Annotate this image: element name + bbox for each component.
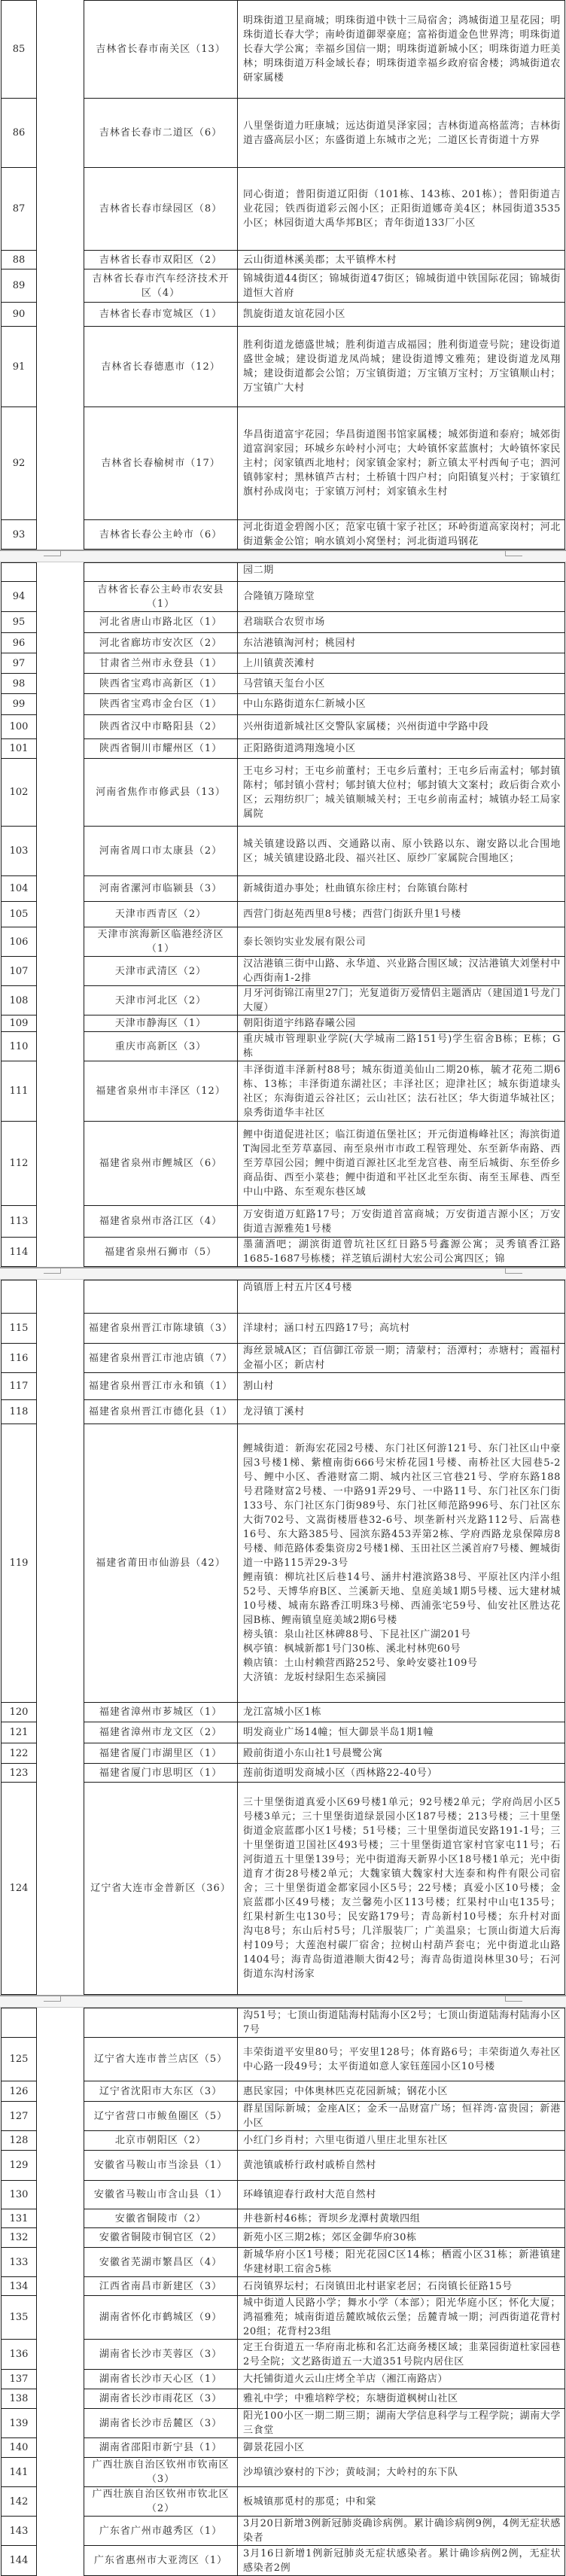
row-number: 125 — [2, 2038, 37, 2081]
table-row: 90吉林省长春市宽城区（1）凯旋街道友谊花园小区 — [2, 303, 565, 327]
detail-cell: 月牙河街锦江南里27门；光复道街万爱情侣主题酒店（建国道1号龙门大厦） — [238, 986, 565, 1015]
category-cell — [37, 876, 84, 902]
row-number: 116 — [2, 1344, 37, 1373]
detail-cell: 丰荣街道平安里80号；平安里128号；体育路6号；丰荣街道久寿社区中心路一段49… — [238, 2038, 565, 2081]
page-break — [0, 550, 566, 562]
category-cell — [37, 1061, 84, 1122]
table-row: 130安徽省马鞍山市含山县（1）环峰镇迎春行政村大范自然村 — [2, 2181, 565, 2209]
region-cell: 吉林省长春市汽车经济技术开区（4） — [84, 269, 238, 303]
region-cell: 福建省泉州市洛江区（4） — [84, 1206, 238, 1238]
table-row: 142广西壮族自治区钦州市钦北区（2）板城镇那觅村的那觅；中和棠 — [2, 2487, 565, 2517]
row-number: 134 — [2, 2277, 37, 2296]
detail-cell: 锦城街道44街区；锦城街道47街区；锦城街道中铁国际花园；锦城街道恒大首府 — [238, 269, 565, 303]
region-cell: 吉林省长春市双阳区（2） — [84, 251, 238, 269]
detail-paragraph: 榜头镇：泉山社区林碑88号、下昆社区广湖201号 — [243, 1628, 561, 1642]
row-number: 98 — [2, 674, 37, 694]
region-cell: 吉林省长春市绿园区（8） — [84, 168, 238, 251]
detail-cell: 君瑞联合农贸市场 — [238, 612, 565, 633]
region-cell: 辽宁省沈阳市大东区（3） — [84, 2081, 238, 2102]
category-cell — [37, 1238, 84, 1267]
row-number: 140 — [2, 2438, 37, 2458]
category-cell — [37, 2248, 84, 2277]
table-row: 129安徽省马鞍山市当涂县（1）黄池镇戚桥行政村戚桥自然村 — [2, 2151, 565, 2181]
region-cell: 辽宁省大连市金普新区（36） — [84, 1783, 238, 1995]
detail-cell: 御景花园小区 — [238, 2438, 565, 2458]
row-number: 133 — [2, 2248, 37, 2277]
detail-cell: 正阳路街道鸿翔逸境小区 — [238, 739, 565, 759]
region-cell: 吉林省长春榆树市（17） — [84, 407, 238, 520]
row-number — [2, 1280, 37, 1314]
category-cell — [37, 327, 84, 407]
category-cell — [37, 2487, 84, 2517]
detail-cell: 殿前街道小东山社1号晨鹭公寓 — [238, 1743, 565, 1764]
row-number: 141 — [2, 2458, 37, 2487]
region-cell: 吉林省长春公主岭市农安县（1） — [84, 582, 238, 612]
category-cell — [37, 2181, 84, 2209]
category-cell — [37, 2209, 84, 2228]
region-cell: 广东省惠州市大亚湾区（1） — [84, 2546, 238, 2576]
region-cell: 广西壮族自治区钦州市钦北区（2） — [84, 2487, 238, 2517]
region-cell: 安徽省马鞍山市当涂县（1） — [84, 2151, 238, 2181]
detail-cell: 河北街道金碧阁小区；范家屯镇十家子社区；环岭街道高家岗村；河北街道紫金公馆；响水… — [238, 520, 565, 550]
detail-cell: 万安街道万虹路17号；万安街道首富商城；万安街道吉源小区；万安街道吉源雅苑1号楼 — [238, 1206, 565, 1238]
region-cell: 陕西省宝鸡市高新区（1） — [84, 674, 238, 694]
category-cell — [37, 2277, 84, 2296]
row-number: 115 — [2, 1314, 37, 1344]
category-cell — [37, 827, 84, 876]
detail-cell: 汉沽港镇三街中山路、永华道、兴业路合围区域；汉沽港镇大刘堡村中心西街南1-2排 — [238, 957, 565, 986]
region-cell: 福建省泉州石狮市（5） — [84, 1238, 238, 1267]
category-cell — [37, 2081, 84, 2102]
row-number: 132 — [2, 2228, 37, 2248]
detail-cell: 3月20日新增3例新冠肺炎确诊病例。累计确诊病例9例，4例无症状感染者 — [238, 2517, 565, 2546]
row-number: 107 — [2, 957, 37, 986]
region-cell: 湖南省长沙市芙蓉区（3） — [84, 2340, 238, 2370]
table-row: 127辽宁省营口市鲅鱼圈区（5）群星国际新城；金座A区；金禾一品财富广场；恒祥湾… — [2, 2102, 565, 2131]
detail-cell: 重庆城市管理职业学院(大学城南二路151号)学生宿舍B栋；E栋；G栋 — [238, 1032, 565, 1061]
region-cell: 福建省漳州市龙文区（2） — [84, 1722, 238, 1743]
row-number: 136 — [2, 2340, 37, 2370]
row-number: 94 — [2, 582, 37, 612]
row-number: 130 — [2, 2181, 37, 2209]
category-cell — [37, 407, 84, 520]
region-cell: 湖南省怀化市鹤城区（9） — [84, 2296, 238, 2340]
page-break — [0, 1267, 566, 1280]
row-number: 109 — [2, 1015, 37, 1032]
region-cell: 安徽省马鞍山市含山县（1） — [84, 2181, 238, 2209]
row-number: 85 — [2, 1, 37, 99]
region-cell: 福建省泉州市丰泽区（12） — [84, 1061, 238, 1122]
detail-cell: 环峰镇迎春行政村大范自然村 — [238, 2181, 565, 2209]
detail-cell: 园二期 — [238, 563, 565, 582]
category-cell — [37, 1032, 84, 1061]
row-number: 128 — [2, 2131, 37, 2151]
detail-cell: 朝阳街道宇纬路春曦公园 — [238, 1015, 565, 1032]
row-number: 102 — [2, 759, 37, 827]
category-cell — [37, 957, 84, 986]
row-number: 97 — [2, 653, 37, 674]
row-number: 137 — [2, 2370, 37, 2389]
category-cell — [37, 715, 84, 739]
category-cell — [37, 2389, 84, 2409]
row-number: 95 — [2, 612, 37, 633]
row-number: 117 — [2, 1373, 37, 1400]
row-number: 126 — [2, 2081, 37, 2102]
category-cell — [37, 1722, 84, 1743]
region-cell: 湖南省长沙市岳麓区（3） — [84, 2409, 238, 2438]
region-cell — [84, 1280, 238, 1314]
row-number: 100 — [2, 715, 37, 739]
table-row: 103河南省周口市太康县（2）城关镇建设路以西、交通路以南、原小铁路以东、谢安路… — [2, 827, 565, 876]
detail-cell: 石岗镇界坛村；石岗镇田北村谌家老居；石岗镇长征路15号 — [238, 2277, 565, 2296]
page-2: 园二期94吉林省长春公主岭市农安县（1）合隆镇万隆琼堂95河北省唐山市路北区（1… — [0, 562, 566, 1267]
page-corner-mark — [44, 1996, 61, 2002]
detail-cell: 定王台街道五一华府南北栋和名汇达商务楼区域；韭菜园街道杜家园巷2号全院；文艺路街… — [238, 2340, 565, 2370]
table-row: 134江西省南昌市新建区（3）石岗镇界坛村；石岗镇田北村谌家老居；石岗镇长征路1… — [2, 2277, 565, 2296]
row-number: 90 — [2, 303, 37, 327]
table-row: 117福建省泉州晋江市永和镇（1）割山村 — [2, 1373, 565, 1400]
table-row: 100陕西省汉中市略阳县（2）兴州街道新城社区交警队家属楼；兴州街道中学路中段 — [2, 715, 565, 739]
row-number: 127 — [2, 2102, 37, 2131]
table-row: 112福建省泉州市鲤城区（6）鲤中街道促进社区；临江街道伍堡社区；开元街道梅峰社… — [2, 1122, 565, 1206]
detail-cell: 城关镇建设路以西、交通路以南、原小铁路以东、谢安路以北合围地区；城关镇建设路北段… — [238, 827, 565, 876]
region-cell: 吉林省长春市二道区（6） — [84, 99, 238, 168]
table-row: 115福建省泉州晋江市陈埭镇（3）洋埭村；涵口村五四路17号；高坑村 — [2, 1314, 565, 1344]
page-corner-mark — [505, 1996, 522, 2002]
table-row: 114福建省泉州石狮市（5）墨蒲酒吧；湖滨街道曾坑社区红日路5号鑫源公寓；灵秀镇… — [2, 1238, 565, 1267]
table-row: 131安徽省铜陵市（2）井巷新村46栋；胥坝乡龙潭村黄墩四组 — [2, 2209, 565, 2228]
row-number: 120 — [2, 1703, 37, 1722]
page-4: 沟51号；七顶山街道陆海村陆海小区2号；七顶山街道陆海村陆海小区7号125辽宁省… — [0, 2008, 566, 2576]
row-number: 89 — [2, 269, 37, 303]
table-row: 111福建省泉州市丰泽区（12）丰泽街道丰泽新村88号；城东街道美仙山二期20栋… — [2, 1061, 565, 1122]
row-number: 131 — [2, 2209, 37, 2228]
region-cell: 陕西省汉中市略阳县（2） — [84, 715, 238, 739]
detail-cell: 凯旋街道友谊花园小区 — [238, 303, 565, 327]
detail-cell: 板城镇那觅村的那觅；中和棠 — [238, 2487, 565, 2517]
region-cell: 甘肃省兰州市永登县（1） — [84, 653, 238, 674]
category-cell — [37, 1400, 84, 1424]
region-cell: 广西壮族自治区钦州市钦南区（3） — [84, 2458, 238, 2487]
table-row: 118福建省泉州晋江市德化县（1）龙浔镇丁溪村 — [2, 1400, 565, 1424]
region-cell: 吉林省长春德惠市（12） — [84, 327, 238, 407]
category-cell — [37, 2038, 84, 2081]
detail-cell: 阳光100小区一期二期三期；湖南大学信息科学与工程学院；湖南大学三食堂 — [238, 2409, 565, 2438]
region-cell: 天津市河北区（2） — [84, 986, 238, 1015]
region-cell: 天津市静海区（1） — [84, 1015, 238, 1032]
table-row: 86吉林省长春市二道区（6）八里堡街道力旺康城；远达街道昊泽家园；吉林街道高格蓝… — [2, 99, 565, 168]
row-number: 110 — [2, 1032, 37, 1061]
table-row: 139湖南省长沙市岳麓区（3）阳光100小区一期二期三期；湖南大学信息科学与工程… — [2, 2409, 565, 2438]
detail-cell: 上川镇黄茨滩村 — [238, 653, 565, 674]
category-cell — [37, 902, 84, 927]
row-number: 88 — [2, 251, 37, 269]
row-number: 114 — [2, 1238, 37, 1267]
detail-cell: 鲤中街道促进社区；临江街道伍堡社区；开元街道梅峰社区；海滨街道T淘园北至芳草嘉园… — [238, 1122, 565, 1206]
table-row: 140湖南省邵阳市新宁县（1）御景花园小区 — [2, 2438, 565, 2458]
category-cell — [37, 582, 84, 612]
region-cell: 河南省周口市太康县（2） — [84, 827, 238, 876]
category-cell — [37, 1, 84, 99]
table-row: 107天津市武清区（2）汉沽港镇三街中山路、永华道、兴业路合围区域；汉沽港镇大刘… — [2, 957, 565, 986]
category-cell — [37, 520, 84, 550]
detail-cell: 城中街道人民路小学；舞水小学（本部）；阳光华庭小区；怀化大厦；鸿福雅苑；城南街道… — [238, 2296, 565, 2340]
table-row: 105天津市西青区（2）西营门街赵苑西里8号楼；西营门街跃升里1号楼 — [2, 902, 565, 927]
detail-paragraph: 鲤南镇：柳坑社区后巷14号、涵井村港滨路38号、平原社区内洋小组52号、天博华府… — [243, 1570, 561, 1628]
detail-cell: 明珠街道卫星商城；明珠街道中铁十三局宿舍；鸿城街道卫星花园；明珠街道长春大学；南… — [238, 1, 565, 99]
table-row: 137湖南省长沙市天心区（1）大托铺街道火云山庄烤全羊店（湘江南路店） — [2, 2370, 565, 2389]
page-break — [0, 1995, 566, 2008]
table-row: 109天津市静海区（1）朝阳街道宇纬路春曦公园 — [2, 1015, 565, 1032]
category-cell — [37, 2131, 84, 2151]
table-row: 119福建省莆田市仙游县（42）鲤城街道：新海宏花园2号楼、东门社区何游121号… — [2, 1424, 565, 1703]
category-cell — [37, 759, 84, 827]
category-cell — [37, 1743, 84, 1764]
category-cell — [37, 2102, 84, 2131]
table-row: 89吉林省长春市汽车经济技术开区（4）锦城街道44街区；锦城街道47街区；锦城街… — [2, 269, 565, 303]
detail-cell: 鲤城街道：新海宏花园2号楼、东门社区何游121号、东门社区山中豪园3号楼1梯、紫… — [238, 1424, 565, 1703]
detail-cell: 尚镇厝上村五片区4号楼 — [238, 1280, 565, 1314]
category-cell — [37, 1703, 84, 1722]
region-cell: 安徽省铜陵市（2） — [84, 2209, 238, 2228]
region-cell: 重庆市高新区（3） — [84, 1032, 238, 1061]
table-row: 133安徽省芜湖市繁昌区（4）新城华府小区1号楼；阳光花园C区14栋；栖霞小区3… — [2, 2248, 565, 2277]
category-cell — [37, 563, 84, 582]
table-row: 138湖南省长沙市雨花区（3）雅礼中学；中雅培粹学校；东塘街道枫树山社区 — [2, 2389, 565, 2409]
row-number: 143 — [2, 2517, 37, 2546]
region-cell: 安徽省铜陵市铜官区（2） — [84, 2228, 238, 2248]
table-row: 102河南省焦作市修武县（13）王屯乡习村；王屯乡前董村；王屯乡后董村；王屯乡后… — [2, 759, 565, 827]
category-cell — [37, 2151, 84, 2181]
row-number: 104 — [2, 876, 37, 902]
detail-cell: 西营门街赵苑西里8号楼；西营门街跃升里1号楼 — [238, 902, 565, 927]
region-cell: 福建省泉州晋江市永和镇（1） — [84, 1373, 238, 1400]
row-number: 111 — [2, 1061, 37, 1122]
table-row: 135湖南省怀化市鹤城区（9）城中街道人民路小学；舞水小学（本部）；阳光华庭小区… — [2, 2296, 565, 2340]
table-row: 144广东省惠州市大亚湾区（1）3月16日新增1例新冠肺炎无症状感染者。累计确诊… — [2, 2546, 565, 2576]
table-row: 106天津市滨海新区临港经济区（1）泰长领钧实业发展有限公司 — [2, 927, 565, 957]
row-number: 103 — [2, 827, 37, 876]
page-3: 尚镇厝上村五片区4号楼115福建省泉州晋江市陈埭镇（3）洋埭村；涵口村五四路17… — [0, 1280, 566, 1995]
outbreak-area-table: 沟51号；七顶山街道陆海村陆海小区2号；七顶山街道陆海村陆海小区7号125辽宁省… — [1, 2008, 565, 2576]
table-row: 143广东省广州市越秀区（1）3月20日新增3例新冠肺炎确诊病例。累计确诊病例9… — [2, 2517, 565, 2546]
row-number: 93 — [2, 520, 37, 550]
category-cell — [37, 927, 84, 957]
detail-cell: 云山街道林溪美郡；太平镇桦木村 — [238, 251, 565, 269]
row-number: 124 — [2, 1783, 37, 1995]
category-cell — [37, 269, 84, 303]
table-row: 125辽宁省大连市普兰店区（5）丰荣街道平安里80号；平安里128号；体育路6号… — [2, 2038, 565, 2081]
region-cell: 吉林省长春市宽城区（1） — [84, 303, 238, 327]
table-row: 沟51号；七顶山街道陆海村陆海小区2号；七顶山街道陆海村陆海小区7号 — [2, 2008, 565, 2038]
page-corner-mark — [44, 551, 61, 556]
category-cell — [37, 99, 84, 168]
table-row: 96河北省廊坊市安次区（2）东沽港镇淘河村；桃园村 — [2, 633, 565, 653]
row-number: 118 — [2, 1400, 37, 1424]
region-cell: 天津市武清区（2） — [84, 957, 238, 986]
detail-cell: 新苑小区三期2栋；郊区金御华府30栋 — [238, 2228, 565, 2248]
category-cell — [37, 2370, 84, 2389]
table-row: 93吉林省长春公主岭市（6）河北街道金碧阁小区；范家屯镇十家子社区；环岭街道高家… — [2, 520, 565, 550]
category-cell — [37, 1783, 84, 1995]
row-number: 92 — [2, 407, 37, 520]
detail-cell: 墨蒲酒吧；湖滨街道曾坑社区红日路5号鑫源公寓；灵秀镇香江路1685-1687号栋… — [238, 1238, 565, 1267]
region-cell: 福建省厦门市湖里区（1） — [84, 1743, 238, 1764]
detail-cell: 沟51号；七顶山街道陆海村陆海小区2号；七顶山街道陆海村陆海小区7号 — [238, 2008, 565, 2038]
region-cell: 湖南省邵阳市新宁县（1） — [84, 2438, 238, 2458]
row-number: 113 — [2, 1206, 37, 1238]
row-number: 112 — [2, 1122, 37, 1206]
table-row: 104河南省漯河市临颍县（3）新城街道办事处；杜曲镇东徐庄村；台陈镇台陈村 — [2, 876, 565, 902]
detail-cell: 割山村 — [238, 1373, 565, 1400]
table-row: 136湖南省长沙市芙蓉区（3）定王台街道五一华府南北栋和名汇达商务楼区域；韭菜园… — [2, 2340, 565, 2370]
category-cell — [37, 1206, 84, 1238]
region-cell: 河北省廊坊市安次区（2） — [84, 633, 238, 653]
table-row: 124辽宁省大连市金普新区（36）三十里堡街道真爱小区69号楼1单元；92号楼2… — [2, 1783, 565, 1995]
region-cell: 河南省焦作市修武县（13） — [84, 759, 238, 827]
detail-cell: 华昌街道富宇花园；华昌街道图书馆家属楼；城郊街道和泰府；城郊街道富润家园；环城乡… — [238, 407, 565, 520]
table-row: 113福建省泉州市洛江区（4）万安街道万虹路17号；万安街道首富商城；万安街道吉… — [2, 1206, 565, 1238]
region-cell: 广东省广州市越秀区（1） — [84, 2517, 238, 2546]
detail-cell: 丰泽街道丰泽新村88号；城东街道美仙山二期20栋，毓才花苑二期6栋、13栋；丰泽… — [238, 1061, 565, 1122]
region-cell: 北京市朝阳区（2） — [84, 2131, 238, 2151]
row-number: 86 — [2, 99, 37, 168]
category-cell — [37, 1122, 84, 1206]
row-number: 108 — [2, 986, 37, 1015]
page-corner-mark — [505, 1268, 522, 1274]
region-cell: 河北省唐山市路北区（1） — [84, 612, 238, 633]
category-cell — [37, 1424, 84, 1703]
table-row: 92吉林省长春榆树市（17）华昌街道富宇花园；华昌街道图书馆家属楼；城郊街道和泰… — [2, 407, 565, 520]
row-number: 123 — [2, 1764, 37, 1783]
table-row: 91吉林省长春德惠市（12）胜利街道龙德盛世城；胜利街道吉成福园；胜利街道壹号院… — [2, 327, 565, 407]
region-cell: 辽宁省大连市普兰店区（5） — [84, 2038, 238, 2081]
row-number: 101 — [2, 739, 37, 759]
table-row: 101陕西省铜川市耀州区（1）正阳路街道鸿翔逸境小区 — [2, 739, 565, 759]
detail-cell: 合隆镇万隆琼堂 — [238, 582, 565, 612]
table-row: 123福建省厦门市思明区（1）莲前街道明发商城小区（西林路22-40号） — [2, 1764, 565, 1783]
row-number: 119 — [2, 1424, 37, 1703]
table-row: 97甘肃省兰州市永登县（1）上川镇黄茨滩村 — [2, 653, 565, 674]
page-1: 85吉林省长春市南关区（13）明珠街道卫星商城；明珠街道中铁十三局宿舍；鸿城街道… — [0, 0, 566, 550]
region-cell: 福建省泉州晋江市池店镇（7） — [84, 1344, 238, 1373]
table-row: 95河北省唐山市路北区（1）君瑞联合农贸市场 — [2, 612, 565, 633]
detail-cell: 井巷新村46栋；胥坝乡龙潭村黄墩四组 — [238, 2209, 565, 2228]
region-cell — [84, 563, 238, 582]
row-number: 96 — [2, 633, 37, 653]
category-cell — [37, 168, 84, 251]
category-cell — [37, 674, 84, 694]
outbreak-area-table: 园二期94吉林省长春公主岭市农安县（1）合隆镇万隆琼堂95河北省唐山市路北区（1… — [1, 562, 565, 1267]
document: 85吉林省长春市南关区（13）明珠街道卫星商城；明珠街道中铁十三局宿舍；鸿城街道… — [0, 0, 566, 2576]
category-cell — [37, 2458, 84, 2487]
region-cell: 天津市西青区（2） — [84, 902, 238, 927]
category-cell — [37, 2340, 84, 2370]
detail-cell: 雅礼中学；中雅培粹学校；东塘街道枫树山社区 — [238, 2389, 565, 2409]
detail-cell: 新城街道办事处；杜曲镇东徐庄村；台陈镇台陈村 — [238, 876, 565, 902]
detail-cell: 大托铺街道火云山庄烤全羊店（湘江南路店） — [238, 2370, 565, 2389]
detail-cell: 龙浔镇丁溪村 — [238, 1400, 565, 1424]
detail-cell: 中山东路街道东仁新城小区 — [238, 694, 565, 715]
category-cell — [37, 251, 84, 269]
detail-paragraph: 鲤城街道：新海宏花园2号楼、东门社区何游121号、东门社区山中豪园3号楼1梯、紫… — [243, 1442, 561, 1570]
table-row: 园二期 — [2, 563, 565, 582]
detail-cell: 兴州街道新城社区交警队家属楼；兴州街道中学路中段 — [238, 715, 565, 739]
detail-cell: 龙江富城小区1栋 — [238, 1703, 565, 1722]
row-number: 105 — [2, 902, 37, 927]
category-cell — [37, 1764, 84, 1783]
row-number — [2, 2008, 37, 2038]
table-row: 120福建省漳州市芗城区（1）龙江富城小区1栋 — [2, 1703, 565, 1722]
region-cell: 福建省泉州晋江市陈埭镇（3） — [84, 1314, 238, 1344]
row-number: 122 — [2, 1743, 37, 1764]
table-row: 128北京市朝阳区（2）小红门乡肖村；六里屯街道八里庄北里东社区 — [2, 2131, 565, 2151]
detail-paragraph: 赖店镇：土山村赖营西路252号、象岭安婆社109号 — [243, 1656, 561, 1670]
table-row: 121福建省漳州市龙文区（2）明发商业广场14幢；恒大御景半岛1期1幢 — [2, 1722, 565, 1743]
table-row: 98陕西省宝鸡市高新区（1）马营镇天玺台小区 — [2, 674, 565, 694]
detail-cell: 黄池镇戚桥行政村戚桥自然村 — [238, 2151, 565, 2181]
row-number: 91 — [2, 327, 37, 407]
table-row: 88吉林省长春市双阳区（2）云山街道林溪美郡；太平镇桦木村 — [2, 251, 565, 269]
detail-cell: 沙埠镇沙寮村的下沙；黄岐洞；大岭村的东下队 — [238, 2458, 565, 2487]
category-cell — [37, 2008, 84, 2038]
category-cell — [37, 653, 84, 674]
category-cell — [37, 1280, 84, 1314]
table-row: 132安徽省铜陵市铜官区（2）新苑小区三期2栋；郊区金御华府30栋 — [2, 2228, 565, 2248]
row-number: 144 — [2, 2546, 37, 2576]
table-row: 141广西壮族自治区钦州市钦南区（3）沙埠镇沙寮村的下沙；黄岐洞；大岭村的东下队 — [2, 2458, 565, 2487]
detail-cell: 群星国际新城；金座A区；金禾一品财富广场；恒祥湾·富贵园；新港小区 — [238, 2102, 565, 2131]
category-cell — [37, 612, 84, 633]
row-number: 129 — [2, 2151, 37, 2181]
category-cell — [37, 1015, 84, 1032]
category-cell — [37, 1373, 84, 1400]
row-number: 99 — [2, 694, 37, 715]
region-cell: 吉林省长春市南关区（13） — [84, 1, 238, 99]
category-cell — [37, 1344, 84, 1373]
table-row: 99陕西省宝鸡市金台区（1）中山东路街道东仁新城小区 — [2, 694, 565, 715]
page-corner-mark — [505, 551, 522, 556]
row-number: 142 — [2, 2487, 37, 2517]
detail-cell: 马营镇天玺台小区 — [238, 674, 565, 694]
category-cell — [37, 2296, 84, 2340]
region-cell: 吉林省长春公主岭市（6） — [84, 520, 238, 550]
page-corner-mark — [44, 1268, 61, 1274]
table-row: 110重庆市高新区（3）重庆城市管理职业学院(大学城南二路151号)学生宿舍B栋… — [2, 1032, 565, 1061]
detail-paragraph: 枫亭镇：枫城新都1号门30栋、溪北村林兜60号 — [243, 1642, 561, 1656]
detail-cell: 洋埭村；涵口村五四路17号；高坑村 — [238, 1314, 565, 1344]
row-number: 139 — [2, 2409, 37, 2438]
category-cell — [37, 1314, 84, 1344]
table-row: 126辽宁省沈阳市大东区（3）惠民家园；中体奥林匹克花园新城；钢花小区 — [2, 2081, 565, 2102]
category-cell — [37, 2546, 84, 2576]
region-cell: 天津市滨海新区临港经济区（1） — [84, 927, 238, 957]
category-cell — [37, 739, 84, 759]
detail-cell: 同心街道；普阳街道辽阳街（101栋、143栋、201栋）；普阳街道吉业花园；铁西… — [238, 168, 565, 251]
detail-cell: 泰长领钧实业发展有限公司 — [238, 927, 565, 957]
detail-paragraph: 大济镇：龙坂村绿阳生态采摘园 — [243, 1670, 561, 1685]
region-cell: 陕西省铜川市耀州区（1） — [84, 739, 238, 759]
detail-cell: 明发商业广场14幢；恒大御景半岛1期1幢 — [238, 1722, 565, 1743]
table-row: 108天津市河北区（2）月牙河街锦江南里27门；光复道街万爱情侣主题酒店（建国道… — [2, 986, 565, 1015]
region-cell: 福建省厦门市思明区（1） — [84, 1764, 238, 1783]
category-cell — [37, 633, 84, 653]
detail-cell: 三十里堡街道真爱小区69号楼1单元；92号楼2单元；学府尚居小区5号楼3单元；三… — [238, 1783, 565, 1995]
row-number — [2, 563, 37, 582]
detail-cell: 新城华府小区1号楼；阳光花园C区14栋；栖霞小区31栋；新港镇建华建材职工宿舍5… — [238, 2248, 565, 2277]
row-number: 106 — [2, 927, 37, 957]
detail-cell: 惠民家园；中体奥林匹克花园新城；钢花小区 — [238, 2081, 565, 2102]
